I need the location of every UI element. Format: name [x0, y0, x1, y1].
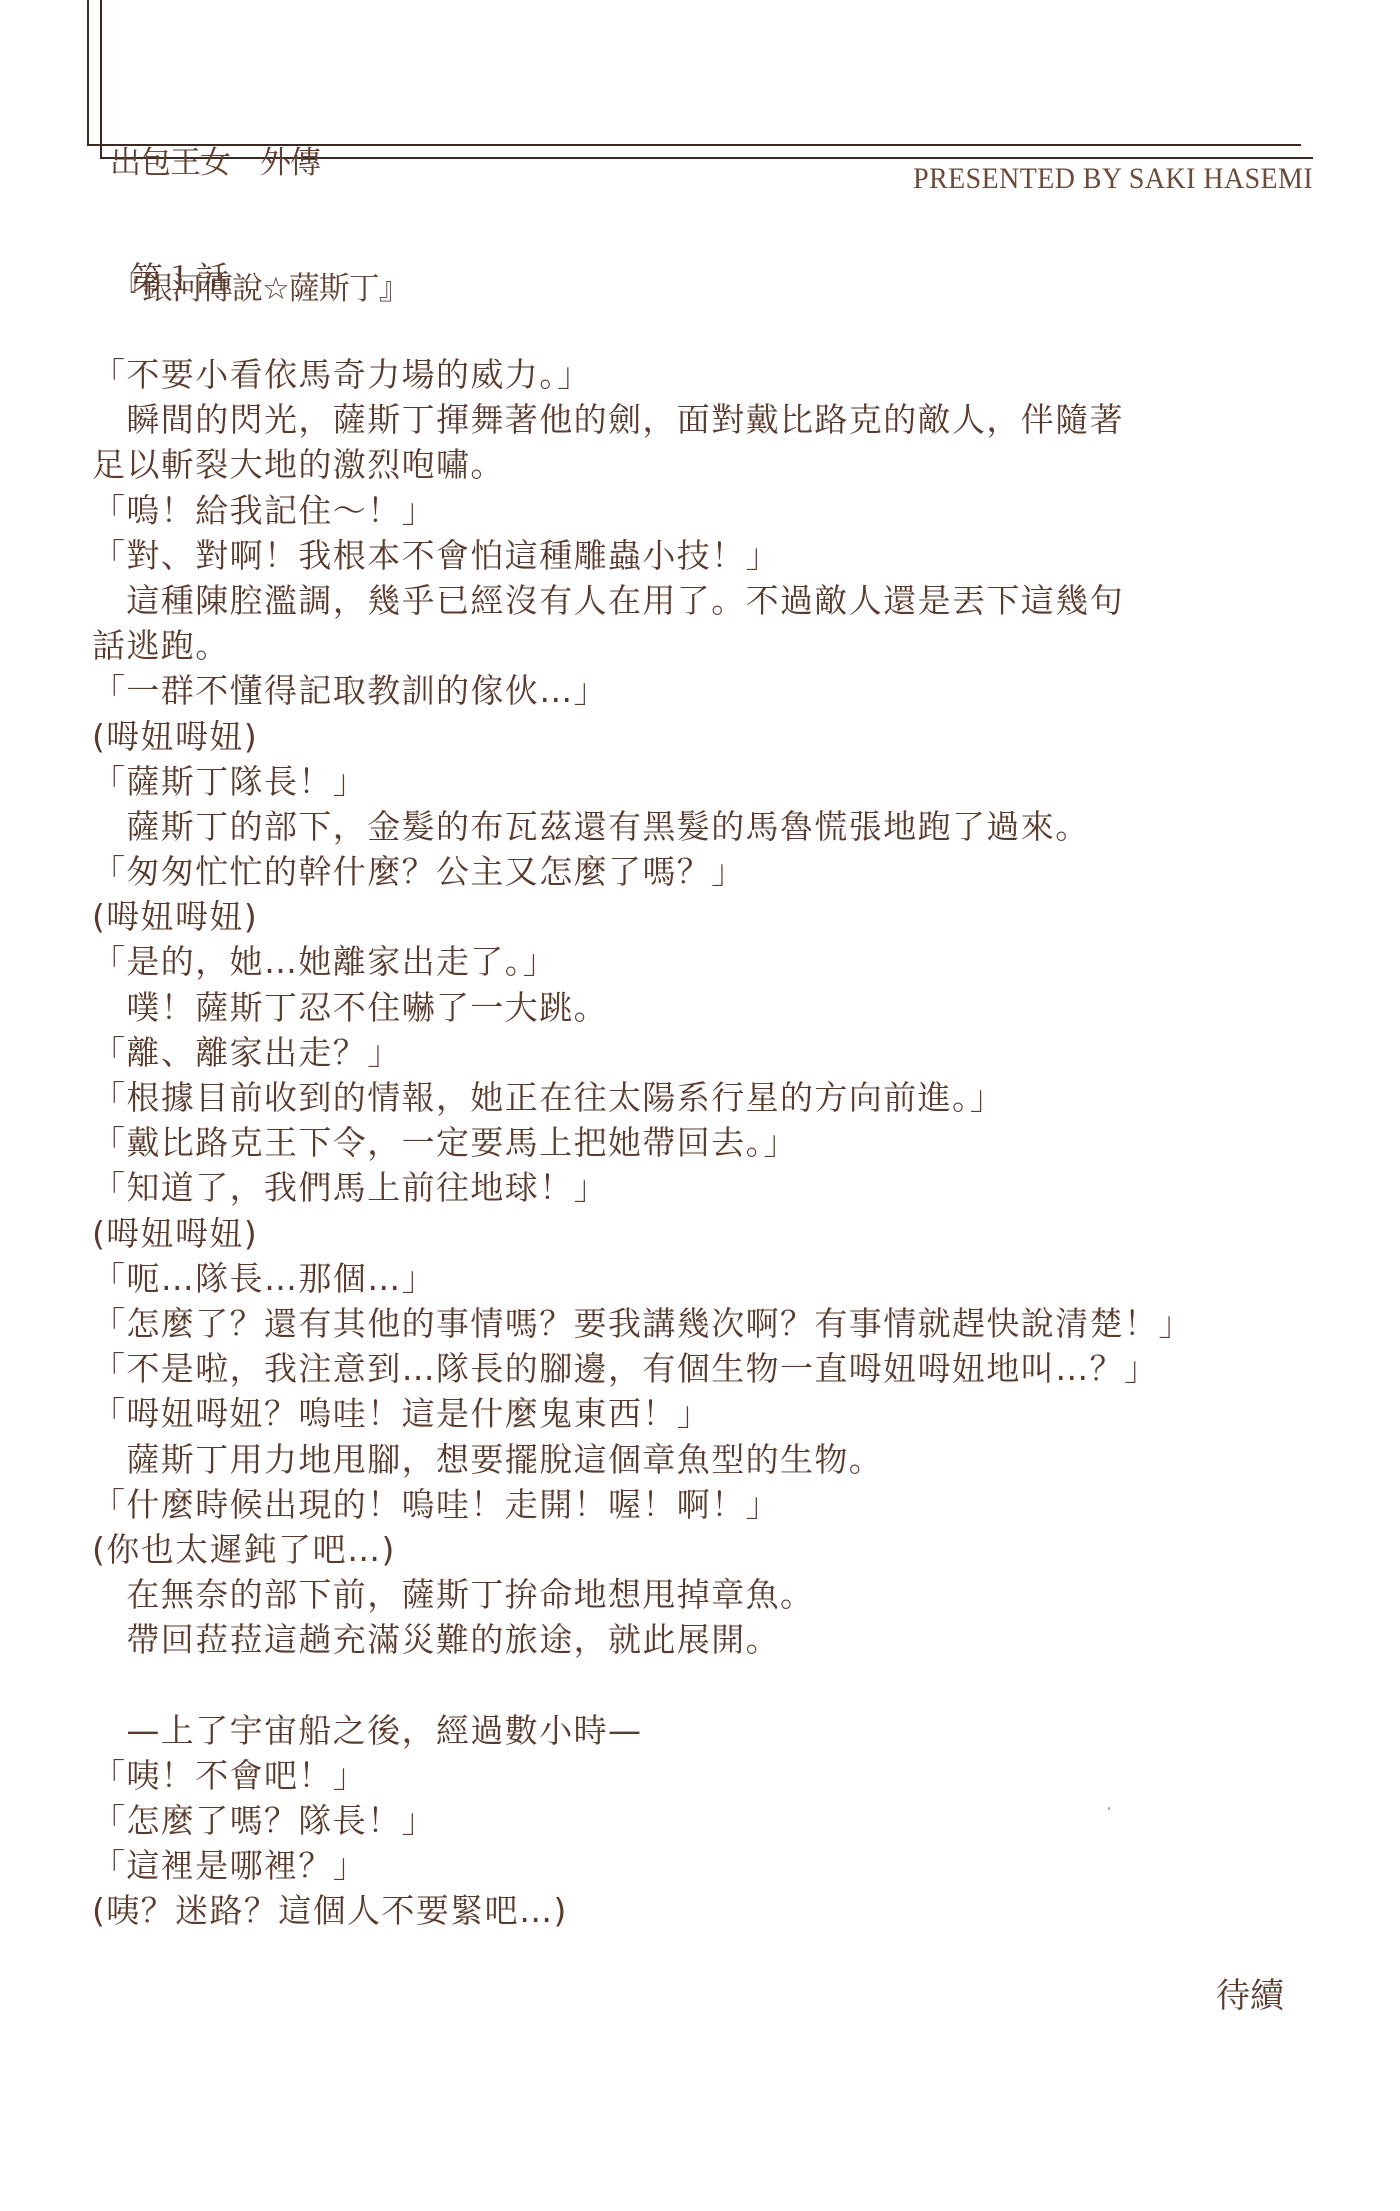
text-line: 足以斬裂大地的激烈咆嘯。	[92, 442, 1332, 487]
scan-speck	[1108, 1807, 1110, 1810]
blank-line	[92, 1662, 1332, 1707]
text-line: 「匆匆忙忙的幹什麼？公主又怎麼了嗎？」	[92, 849, 1332, 894]
text-line: 「什麼時候出現的！嗚哇！走開！喔！啊！」	[92, 1482, 1332, 1527]
text-line: 「怎麼了嗎？隊長！」	[92, 1798, 1332, 1843]
text-line: 「嗚！給我記住～！」	[92, 488, 1332, 533]
text-line: 話逃跑。	[92, 623, 1332, 668]
title-block: 出包王女 外傳 『銀河傳說☆薩斯丁』	[110, 58, 409, 352]
text-line: (呣妞呣妞)	[92, 894, 1332, 939]
text-line: 瞬間的閃光，薩斯丁揮舞著他的劍，面對戴比路克的敵人，伴隨著	[92, 397, 1332, 442]
text-line: 「不要小看依馬奇力場的威力。」	[92, 352, 1332, 397]
text-line: —上了宇宙船之後，經過數小時—	[92, 1708, 1332, 1753]
author-byline: PRESENTED BY SAKI HASEMI	[913, 162, 1313, 196]
text-line: 「對、對啊！我根本不會怕這種雕蟲小技！」	[92, 533, 1332, 578]
text-line: (呣妞呣妞)	[92, 1211, 1332, 1256]
text-line: 「離、離家出走？」	[92, 1030, 1332, 1075]
text-line: 「薩斯丁隊長！」	[92, 759, 1332, 804]
frame-line-vertical-outer	[87, 0, 89, 146]
text-line: (呣妞呣妞)	[92, 714, 1332, 759]
text-line: 噗！薩斯丁忍不住嚇了一大跳。	[92, 985, 1332, 1030]
text-line: (你也太遲鈍了吧…)	[92, 1527, 1332, 1572]
text-line: 「一群不懂得記取教訓的傢伙…」	[92, 668, 1332, 713]
text-line: 「不是啦，我注意到…隊長的腳邊，有個生物一直呣妞呣妞地叫…？」	[92, 1346, 1332, 1391]
text-line: 「知道了，我們馬上前往地球！」	[92, 1165, 1332, 1210]
text-line: 「根據目前收到的情報，她正在往太陽系行星的方向前進。」	[92, 1075, 1332, 1120]
text-line: 帶回菈菈這趟充滿災難的旅途，就此展開。	[92, 1617, 1332, 1662]
text-line: 這種陳腔濫調，幾乎已經沒有人在用了。不過敵人還是丟下這幾句	[92, 578, 1332, 623]
text-line: 「呣妞呣妞？嗚哇！這是什麼鬼東西！」	[92, 1391, 1332, 1436]
story-body: 「不要小看依馬奇力場的威力。」 瞬間的閃光，薩斯丁揮舞著他的劍，面對戴比路克的敵…	[92, 352, 1332, 1934]
text-line: 「呃…隊長…那個…」	[92, 1256, 1332, 1301]
text-line: 薩斯丁的部下，金髮的布瓦茲還有黑髮的馬魯慌張地跑了過來。	[92, 804, 1332, 849]
frame-line-vertical-inner	[100, 0, 102, 159]
text-line: 「戴比路克王下令，一定要馬上把她帶回去。」	[92, 1120, 1332, 1165]
text-line: 在無奈的部下前，薩斯丁拚命地想甩掉章魚。	[92, 1572, 1332, 1617]
chapter-heading: 第１話	[130, 258, 229, 300]
text-line: 「是的，她…她離家出走了。」	[92, 939, 1332, 984]
text-line: (咦？迷路？這個人不要緊吧…)	[92, 1888, 1332, 1933]
series-title: 出包王女 外傳	[110, 142, 409, 184]
text-line: 「怎麼了？還有其他的事情嗎？要我講幾次啊？有事情就趕快說清楚！」	[92, 1301, 1332, 1346]
to-be-continued-label: 待續	[1216, 1968, 1284, 2017]
text-line: 薩斯丁用力地甩腳，想要擺脫這個章魚型的生物。	[92, 1437, 1332, 1482]
text-line: 「咦！不會吧！」	[92, 1753, 1332, 1798]
text-line: 「這裡是哪裡？」	[92, 1843, 1332, 1888]
